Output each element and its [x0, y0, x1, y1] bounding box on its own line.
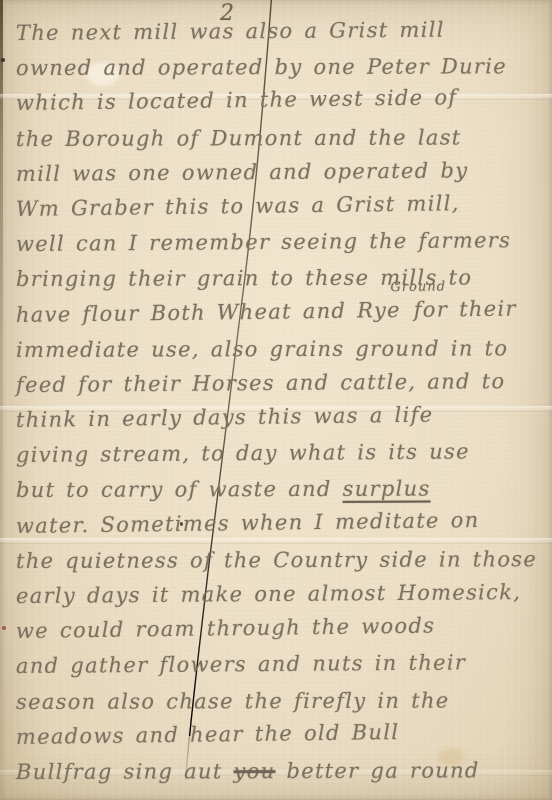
line-text: season also chase the firefly in the: [16, 688, 450, 714]
line-text: immediate use, also grains ground in to: [16, 336, 508, 362]
handwriting-line: which is located in the west side of: [16, 79, 544, 121]
line-text: water. Sometimes when I meditate on: [16, 508, 480, 538]
handwriting-line: the Borough of Dumont and the last: [16, 120, 544, 157]
line-text: early days it make one almost Homesick,: [16, 580, 521, 608]
line-text: the Borough of Dumont and the last: [16, 125, 462, 151]
handwriting-line: The next mill was also a Grist mill: [16, 12, 544, 51]
handwriting-line: meadows and hear the old Bull: [16, 713, 544, 755]
line-text: which is located in the west side of: [16, 86, 458, 116]
line-text: owned and operated by one Peter Durie: [16, 54, 507, 80]
line-text: think in early days this was a life: [16, 403, 434, 432]
handwriting-line: and gather flowers and nuts in their: [16, 645, 544, 684]
line-text: have flour Both Wheat and Rye: [16, 297, 401, 326]
line-text: and gather flowers and nuts in their: [16, 651, 466, 679]
handwriting-line: we could roam through the woods: [16, 607, 544, 649]
line-text: Wm Graber this to was a Grist mill,: [16, 191, 460, 221]
letter-page: 2 The next mill was also a Grist mill ow…: [0, 0, 552, 800]
handwriting-line-with-strikeout: Bullfrag sing aut you better ga round: [16, 753, 544, 790]
line-text: giving stream, to day what is its use: [16, 440, 470, 468]
inserted-word: Ground: [390, 269, 446, 305]
line-text: mill was one owned and operated by: [16, 158, 469, 186]
line-text: better ga round: [286, 758, 479, 783]
handwriting-line: giving stream, to day what is its use: [16, 434, 544, 473]
line-text: The next mill was also a Grist mill: [16, 18, 445, 45]
underlined-word: surplus: [343, 477, 431, 501]
line-text: Bullfrag sing aut: [16, 759, 223, 784]
handwriting-line: think in early days this was a life: [16, 396, 544, 438]
line-text: we could roam through the woods: [16, 614, 436, 643]
line-text: the quietness of the Country side in tho…: [16, 547, 537, 573]
line-text: meadows and hear the old Bull: [16, 720, 400, 749]
line-text: well can I remember seeing the farmers: [16, 228, 511, 256]
handwriting-line: the quietness of the Country side in tho…: [16, 542, 544, 579]
handwriting-line: Wm Graber this to was a Grist mill,: [16, 185, 544, 227]
line-text: feed for their Horses and cattle, and to: [16, 369, 506, 397]
handwriting-line: immediate use, also grains ground in to: [16, 331, 544, 368]
struck-out-word: you: [233, 759, 275, 783]
scan-edge-shadow: [0, 0, 3, 800]
handwritten-text: The next mill was also a Grist mill owne…: [16, 16, 544, 790]
handwriting-line: well can I remember seeing the farmers: [16, 223, 544, 262]
line-text: but to carry of waste and: [16, 477, 332, 502]
handwriting-line-with-insertion: have flour Both Wheat and RyeGround for …: [16, 291, 544, 333]
handwriting-line: water. Sometimes when I meditate on: [16, 502, 544, 544]
